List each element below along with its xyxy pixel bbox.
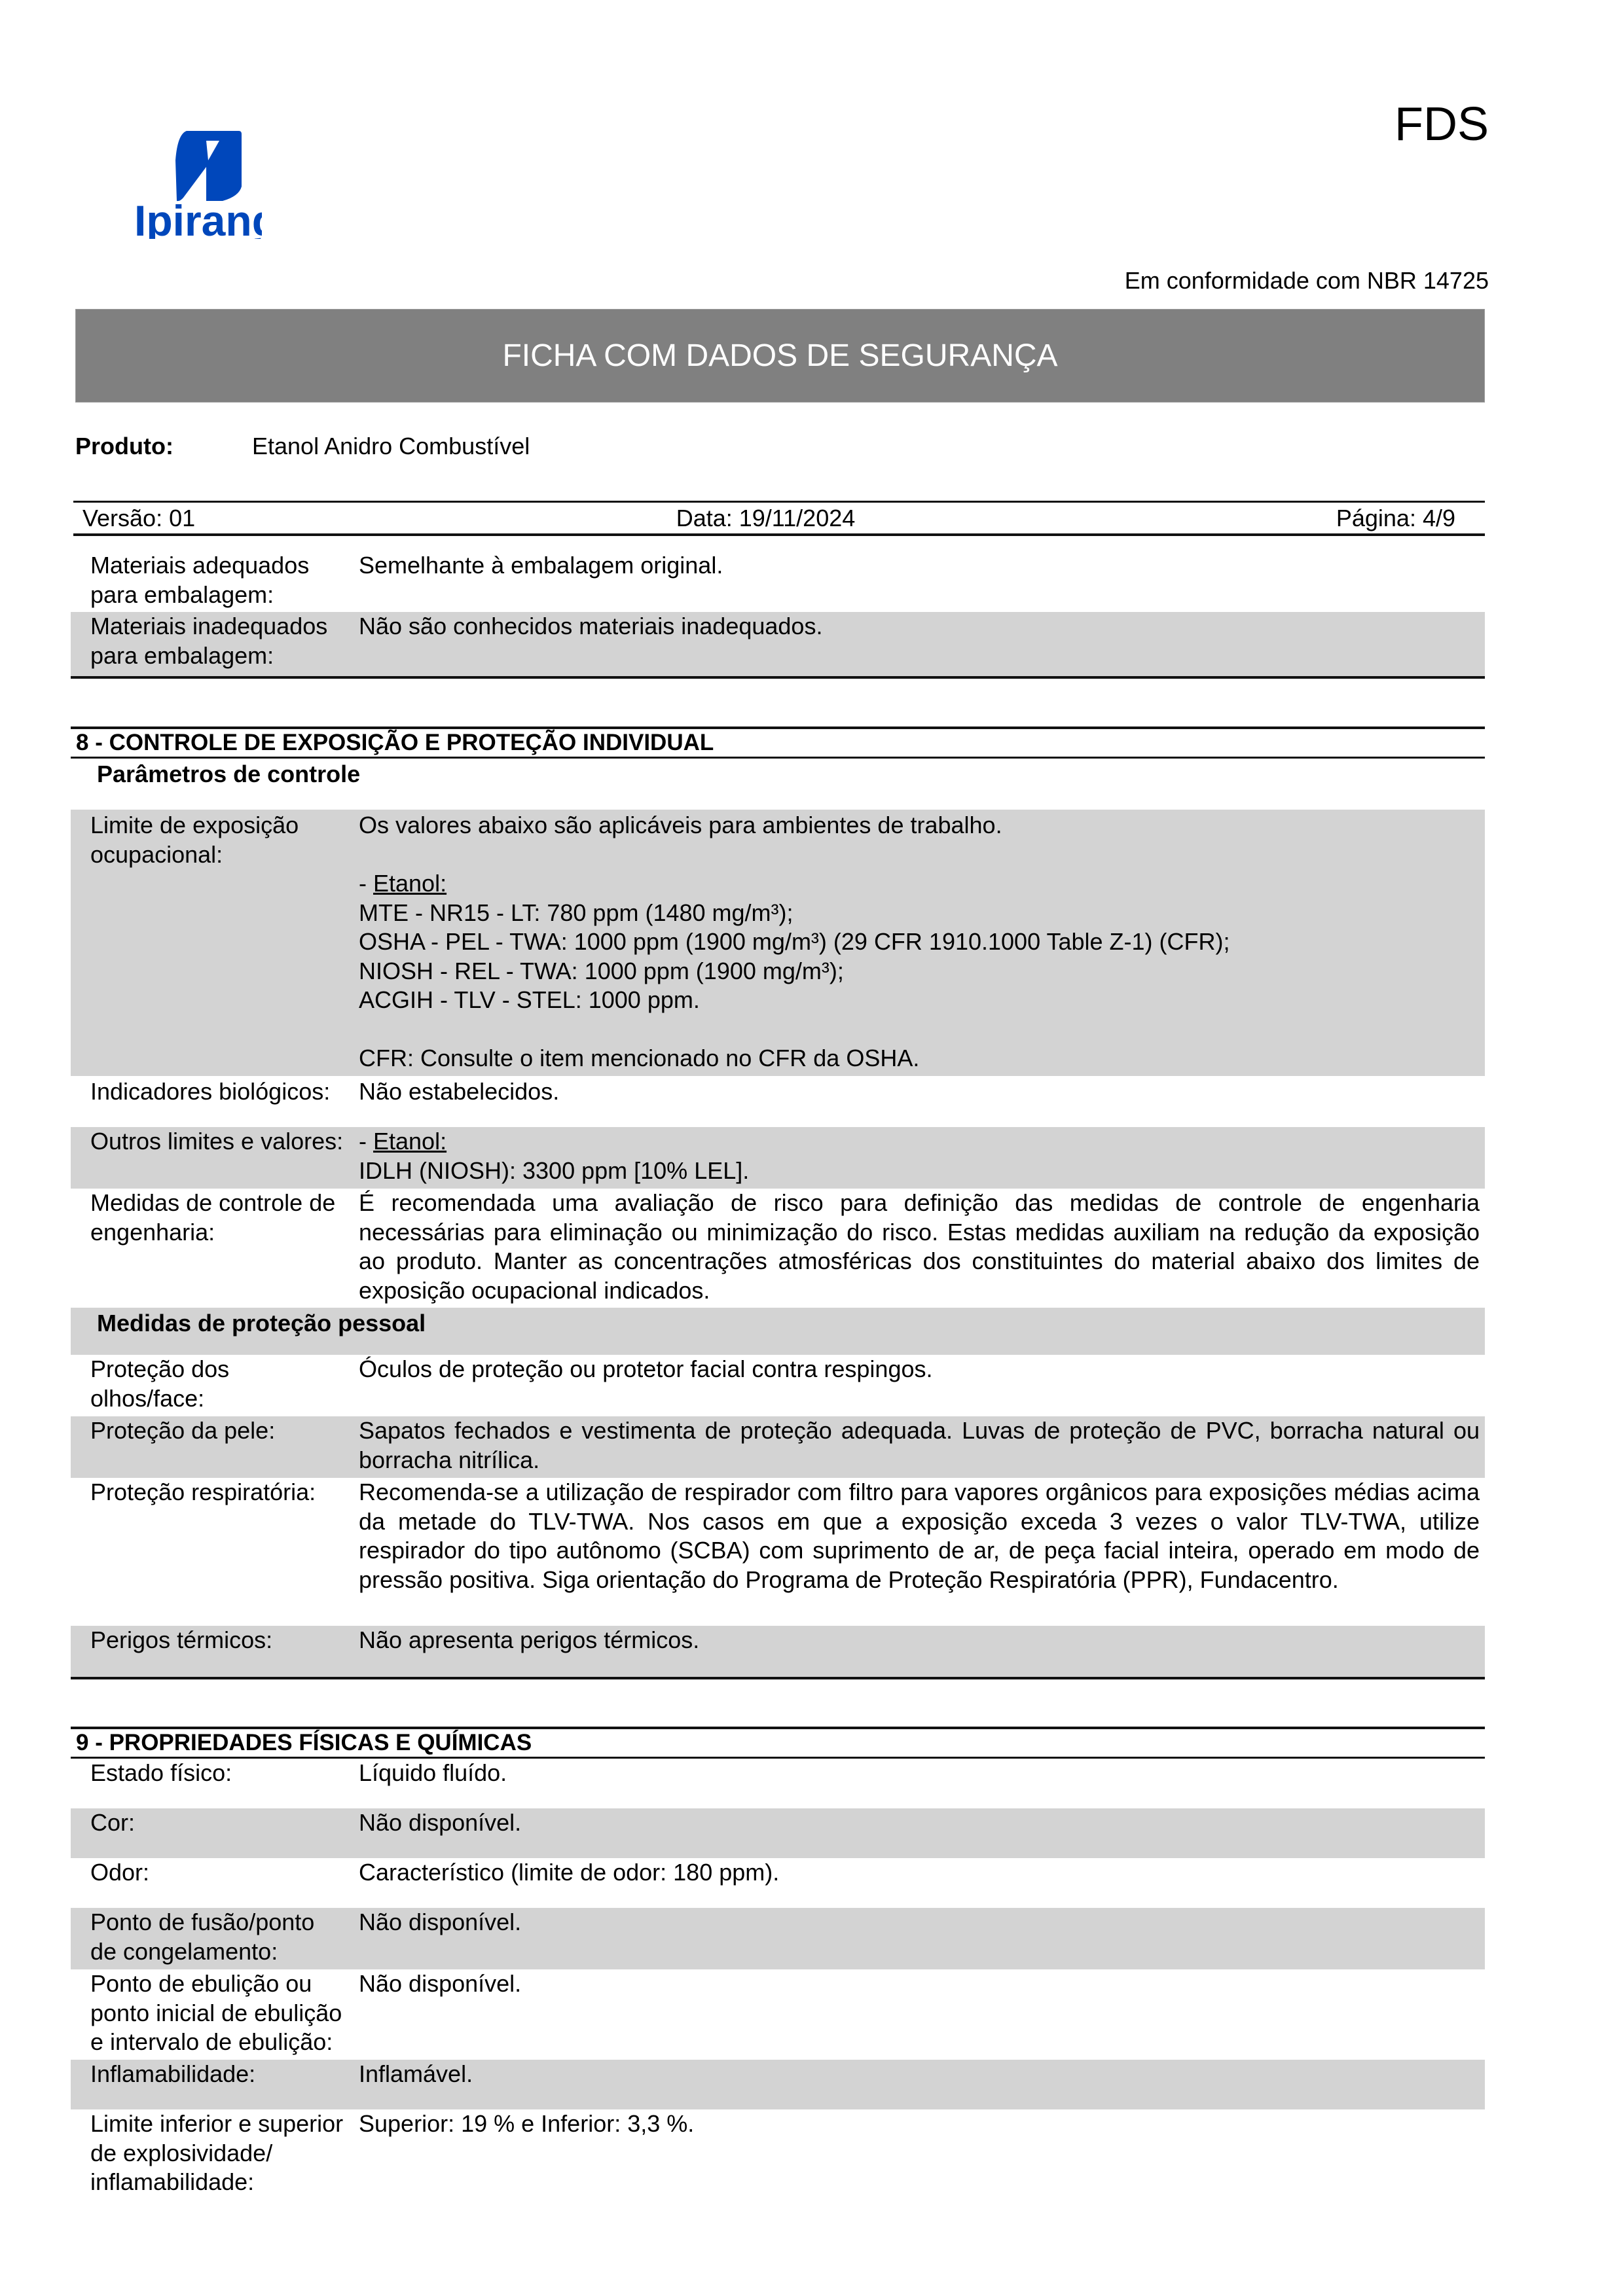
table-row: Ponto de ebulição ouponto inicial de ebu… <box>71 1969 1485 2060</box>
row-label: Indicadores biológicos: <box>71 1077 359 1127</box>
row-value: Sapatos fechados e vestimenta de proteçã… <box>359 1416 1485 1478</box>
row-value: Não disponível. <box>359 1969 1485 2060</box>
row-value: Líquido fluído. <box>359 1759 1485 1808</box>
subsection-title: Medidas de proteção pessoal <box>71 1308 1485 1355</box>
row-label: Materiais inadequadospara embalagem: <box>71 612 359 676</box>
document-meta-bar: Versão: 01 Data: 19/11/2024 Página: 4/9 <box>73 501 1485 536</box>
row-value: - Etanol: IDLH (NIOSH): 3300 ppm [10% LE… <box>359 1127 1485 1189</box>
table-row: Outros limites e valores: - Etanol: IDLH… <box>71 1127 1485 1189</box>
row-label: Proteção da pele: <box>71 1416 359 1478</box>
row-label: Proteção dosolhos/face: <box>71 1355 359 1416</box>
subsection-title: Parâmetros de controle <box>71 759 1485 790</box>
table-row: Medidas de controle deengenharia: É reco… <box>71 1189 1485 1308</box>
document-title-banner: FICHA COM DADOS DE SEGURANÇA <box>75 309 1485 403</box>
table-row: Perigos térmicos: Não apresenta perigos … <box>71 1626 1485 1679</box>
row-label: Limite inferior e superiorde explosivida… <box>71 2109 359 2214</box>
ipiranga-logo: Ipiranga <box>134 98 262 239</box>
document-title: FICHA COM DADOS DE SEGURANÇA <box>502 338 1057 374</box>
row-label: Cor: <box>71 1808 359 1858</box>
substance-name: Etanol: <box>373 870 447 897</box>
table-row: Proteção dosolhos/face: Óculos de proteç… <box>71 1355 1485 1416</box>
date: Data: 19/11/2024 <box>667 505 862 532</box>
table-row: Materiais inadequadospara embalagem: Não… <box>71 612 1485 676</box>
row-value: Superior: 19 % e Inferior: 3,3 %. <box>359 2109 1485 2214</box>
row-label: Outros limites e valores: <box>71 1127 359 1189</box>
row-value: Não estabelecidos. <box>359 1077 1485 1127</box>
product-name: Etanol Anidro Combustível <box>252 432 530 461</box>
table-row: Proteção respiratória: Recomenda-se a ut… <box>71 1478 1485 1626</box>
row-value: Inflamável. <box>359 2060 1485 2109</box>
page-number: Página: 4/9 <box>1327 505 1485 532</box>
row-label: Medidas de controle deengenharia: <box>71 1189 359 1308</box>
table-row: Estado físico:Líquido fluído. <box>71 1759 1485 1808</box>
section9: 9 - PROPRIEDADES FÍSICAS E QUÍMICAS Esta… <box>71 1727 1485 2214</box>
row-label: Materiais adequadospara embalagem: <box>71 551 359 612</box>
row-label: Limite de exposiçãoocupacional: <box>71 811 359 1076</box>
row-label: Inflamabilidade: <box>71 2060 359 2109</box>
row-value: Os valores abaixo são aplicáveis para am… <box>359 811 1485 1076</box>
table-row: Odor:Característico (limite de odor: 180… <box>71 1858 1485 1908</box>
substance-name: Etanol: <box>373 1128 447 1155</box>
table-row: Inflamabilidade:Inflamável. <box>71 2060 1485 2109</box>
row-label: Odor: <box>71 1858 359 1908</box>
row-label: Perigos térmicos: <box>71 1626 359 1677</box>
product-line: Produto: Etanol Anidro Combustível <box>75 432 530 461</box>
row-value: Semelhante à embalagem original. <box>359 551 1485 612</box>
table-row: Materiais adequadospara embalagem: Semel… <box>71 551 1485 612</box>
document-code: FDS <box>1395 98 1489 151</box>
row-value: Não disponível. <box>359 1908 1485 1969</box>
row-value: Não apresenta perigos térmicos. <box>359 1626 1485 1677</box>
table-row: Cor:Não disponível. <box>71 1808 1485 1858</box>
ipiranga-logo-icon: Ipiranga <box>134 98 262 239</box>
table-row: Limite inferior e superiorde explosivida… <box>71 2109 1485 2214</box>
row-value: É recomendada uma avaliação de risco par… <box>359 1189 1485 1308</box>
row-value: Característico (limite de odor: 180 ppm)… <box>359 1858 1485 1908</box>
row-label: Ponto de fusão/pontode congelamento: <box>71 1908 359 1969</box>
section-title: 8 - CONTROLE DE EXPOSIÇÃO E PROTEÇÃO IND… <box>71 726 1485 759</box>
svg-text:Ipiranga: Ipiranga <box>134 196 262 239</box>
row-value: Óculos de proteção ou protetor facial co… <box>359 1355 1485 1416</box>
row-value: Recomenda-se a utilização de respirador … <box>359 1478 1485 1626</box>
row-value: Não disponível. <box>359 1808 1485 1858</box>
conformity-note: Em conformidade com NBR 14725 <box>1125 266 1489 295</box>
row-label: Ponto de ebulição ouponto inicial de ebu… <box>71 1969 359 2060</box>
table-row: Proteção da pele: Sapatos fechados e ves… <box>71 1416 1485 1478</box>
section8: 8 - CONTROLE DE EXPOSIÇÃO E PROTEÇÃO IND… <box>71 726 1485 1679</box>
row-label: Estado físico: <box>71 1759 359 1808</box>
table-row: Ponto de fusão/pontode congelamento:Não … <box>71 1908 1485 1969</box>
row-value: Não são conhecidos materiais inadequados… <box>359 612 1485 676</box>
section7-tail-table: Materiais adequadospara embalagem: Semel… <box>71 551 1485 679</box>
section-title: 9 - PROPRIEDADES FÍSICAS E QUÍMICAS <box>71 1727 1485 1759</box>
version: Versão: 01 <box>73 505 202 532</box>
row-label: Proteção respiratória: <box>71 1478 359 1626</box>
table-row-oel: Limite de exposiçãoocupacional: Os valor… <box>71 810 1485 1076</box>
table-row: Indicadores biológicos: Não estabelecido… <box>71 1076 1485 1127</box>
product-label: Produto: <box>75 432 252 461</box>
